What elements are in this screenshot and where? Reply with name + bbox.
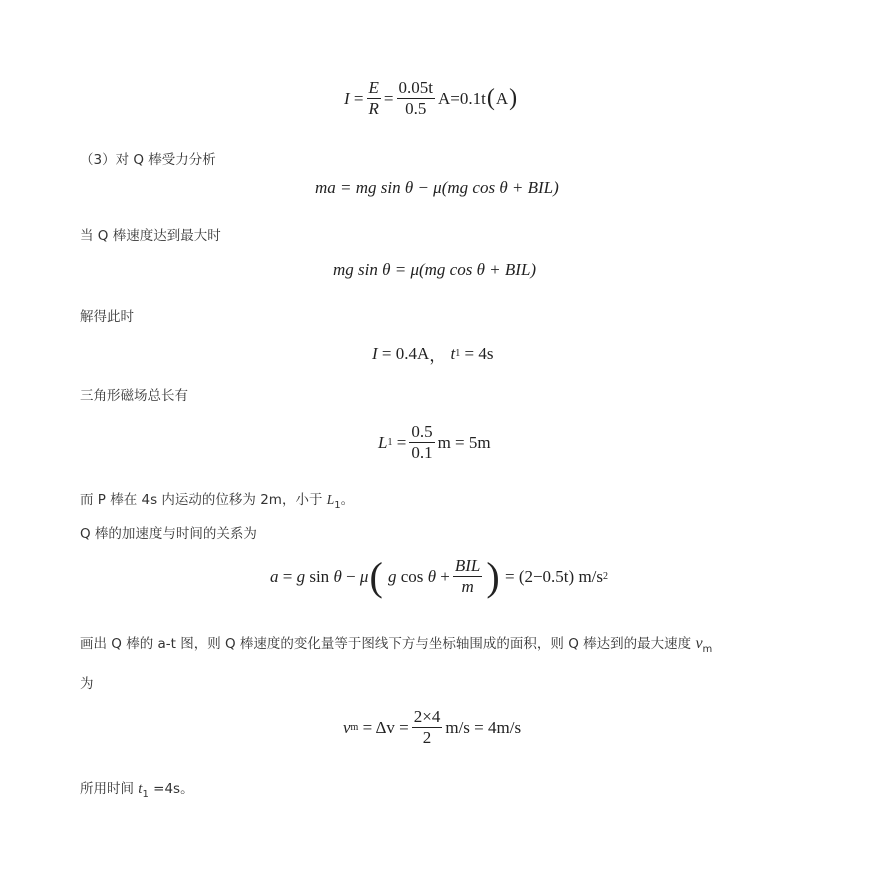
symbol-v: v bbox=[343, 718, 351, 738]
solution-equation: I = 0.4A ， t1 = 4s bbox=[372, 341, 493, 366]
max-speed-label: 当 Q 棒速度达到最大时 bbox=[80, 224, 221, 244]
time-text: 所用时间 t1 =4s。 bbox=[80, 777, 194, 800]
denominator: m bbox=[460, 577, 476, 597]
result: A=0.1t bbox=[438, 89, 486, 109]
separator: ， bbox=[429, 341, 446, 366]
result: m/s = 4m/s bbox=[445, 718, 521, 738]
force-equation: ma = mg sin θ − μ(mg cos θ + BIL) bbox=[315, 178, 559, 198]
text: 画出 Q 棒的 a-t 图，则 Q 棒速度的变化量等于图线下方与坐标轴围成的面积… bbox=[80, 636, 695, 652]
fraction: BIL m bbox=[453, 556, 483, 597]
delta-v: = Δv = bbox=[363, 718, 409, 738]
numerator: 0.05t bbox=[397, 78, 435, 99]
denominator: 0.5 bbox=[403, 99, 428, 119]
text: 而 P 棒在 4s 内运动的位移为 2m，小于 bbox=[80, 492, 327, 508]
symbol-I: I bbox=[344, 89, 350, 109]
velocity-equation: vm = Δv = 2×4 2 m/s = 4m/s bbox=[343, 707, 521, 748]
symbol-I: I bbox=[372, 344, 378, 364]
symbol-g: g bbox=[297, 567, 306, 587]
subscript: m bbox=[351, 722, 359, 733]
subscript: 1 bbox=[455, 348, 460, 359]
acceleration-equation: a = g sin θ − μ( g cos θ + BIL m ) = (2−… bbox=[270, 556, 608, 597]
time-value: = 4s bbox=[465, 344, 494, 364]
graph-text-2: 为 bbox=[80, 672, 94, 692]
subscript: 1 bbox=[387, 437, 392, 448]
time-value: =4s。 bbox=[149, 781, 194, 797]
unit: m/s bbox=[578, 567, 603, 587]
step3-label: （3）对 Q 棒受力分析 bbox=[80, 148, 216, 168]
fraction-value: 0.05t 0.5 bbox=[397, 78, 435, 119]
numerator: 0.5 bbox=[409, 422, 434, 443]
graph-text: 画出 Q 棒的 a-t 图，则 Q 棒速度的变化量等于图线下方与坐标轴围成的面积… bbox=[80, 632, 712, 655]
subscript: m bbox=[703, 644, 713, 655]
equation-text: ma = mg sin θ − μ(mg cos θ + BIL) bbox=[315, 178, 559, 198]
current-equation: I = E R = 0.05t 0.5 A=0.1t(A) bbox=[344, 78, 518, 119]
text: 所用时间 bbox=[80, 781, 138, 797]
denominator: 2 bbox=[421, 728, 434, 748]
symbol-L: L bbox=[378, 433, 387, 453]
equation-text: mg sin θ = μ(mg cos θ + BIL) bbox=[333, 260, 536, 280]
length-equation: L1 = 0.5 0.1 m = 5m bbox=[378, 422, 491, 463]
denominator: 0.1 bbox=[409, 443, 434, 463]
period: 。 bbox=[341, 492, 355, 508]
result: m = 5m bbox=[438, 433, 491, 453]
symbol-v: v bbox=[695, 635, 702, 652]
p-bar-text: 而 P 棒在 4s 内运动的位移为 2m，小于 L1。 bbox=[80, 488, 354, 511]
accel-label: Q 棒的加速度与时间的关系为 bbox=[80, 522, 257, 542]
numerator: 2×4 bbox=[412, 707, 443, 728]
fraction-E-over-R: E R bbox=[367, 78, 381, 119]
fraction: 0.5 0.1 bbox=[409, 422, 434, 463]
superscript: 2 bbox=[603, 571, 608, 582]
symbol-a: a bbox=[270, 567, 279, 587]
numerator: BIL bbox=[453, 556, 483, 577]
numerator: E bbox=[367, 78, 381, 99]
denominator: R bbox=[367, 99, 381, 119]
fraction: 2×4 2 bbox=[412, 707, 443, 748]
max-speed-equation: mg sin θ = μ(mg cos θ + BIL) bbox=[333, 260, 536, 280]
solve-label: 解得此时 bbox=[80, 305, 134, 325]
result: (2−0.5t) bbox=[519, 567, 574, 587]
unit: A bbox=[496, 89, 508, 109]
triangle-label: 三角形磁场总长有 bbox=[80, 384, 188, 404]
current-value: = 0.4A bbox=[382, 344, 429, 364]
